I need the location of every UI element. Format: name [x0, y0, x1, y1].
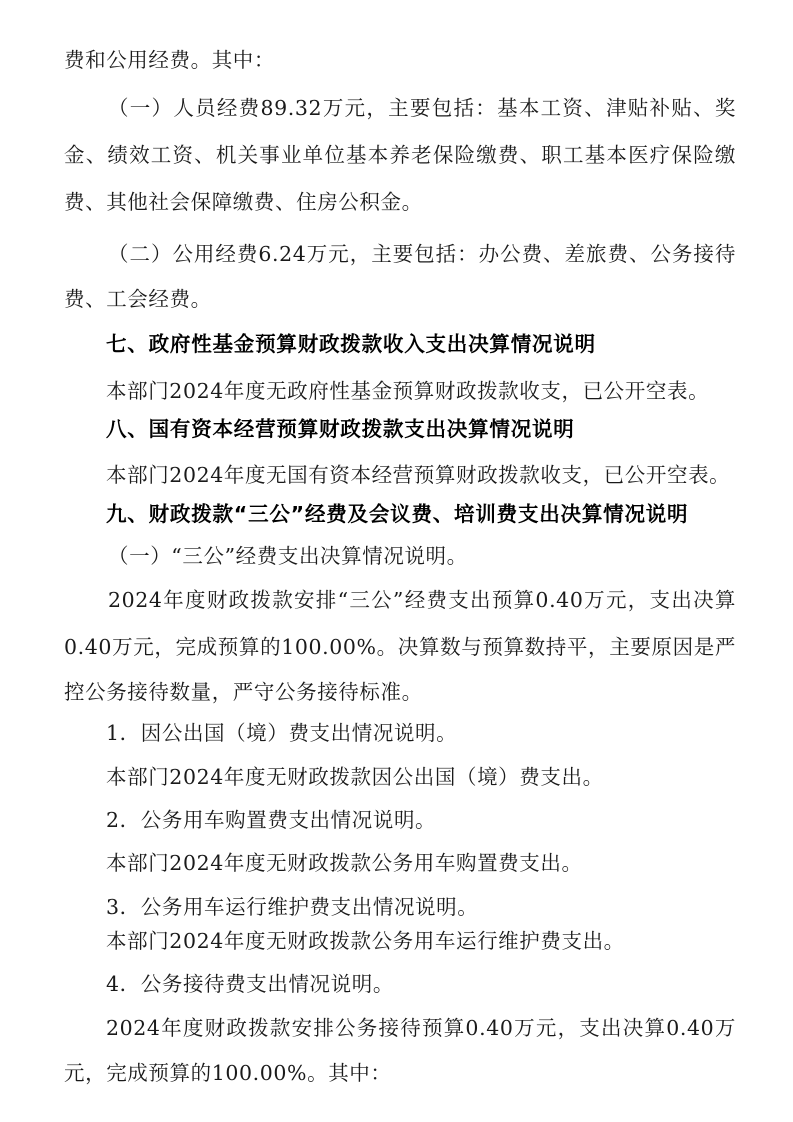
section-heading-7: 七、政府性基金预算财政拨款收入支出决算情况说明 — [106, 330, 778, 358]
item-4-heading: 4．公务接待费支出情况说明。 — [106, 970, 778, 998]
subsection-heading-three-public: （一）“三公”经费支出决算情况说明。 — [108, 542, 780, 570]
item-4-body-line-1: 2024年度财政拨款安排公务接待预算0.40万元，支出决算0.40万 — [106, 1014, 736, 1042]
item-4-body-line-2: 元，完成预算的100.00%。其中： — [64, 1059, 736, 1087]
item-3-body: 本部门2024年度无财政拨款公务用车运行维护费支出。 — [106, 927, 778, 955]
item-2-body: 本部门2024年度无财政拨款公务用车购置费支出。 — [106, 849, 778, 877]
document-page: 费和公用经费。其中： （一）人员经费89.32万元，主要包括：基本工资、津贴补贴… — [0, 0, 793, 1122]
section-7-body: 本部门2024年度无政府性基金预算财政拨款收支，已公开空表。 — [106, 377, 778, 405]
personnel-expense-paragraph-line-2: 金、绩效工资、机关事业单位基本养老保险缴费、职工基本医疗保险缴 — [64, 141, 736, 169]
three-public-paragraph-line-1: 2024年度财政拨款安排“三公”经费支出预算0.40万元，支出决算 — [108, 586, 736, 614]
item-2-heading: 2．公务用车购置费支出情况说明。 — [106, 806, 778, 834]
public-expense-paragraph-line-2: 费、工会经费。 — [64, 285, 736, 313]
item-3-heading: 3．公务用车运行维护费支出情况说明。 — [106, 893, 778, 921]
paragraph-continuation: 费和公用经费。其中： — [64, 46, 736, 74]
public-expense-paragraph-line-1: （二）公用经费6.24万元，主要包括：办公费、差旅费、公务接待 — [108, 240, 736, 268]
section-heading-9: 九、财政拨款“三公”经费及会议费、培训费支出决算情况说明 — [106, 500, 778, 528]
personnel-expense-paragraph-line-1: （一）人员经费89.32万元，主要包括：基本工资、津贴补贴、奖 — [108, 94, 736, 122]
section-8-body: 本部门2024年度无国有资本经营预算财政拨款收支，已公开空表。 — [106, 461, 778, 489]
item-1-heading: 1．因公出国（境）费支出情况说明。 — [106, 719, 778, 747]
item-1-body: 本部门2024年度无财政拨款因公出国（境）费支出。 — [106, 763, 778, 791]
personnel-expense-paragraph-line-3: 费、其他社会保障缴费、住房公积金。 — [64, 188, 736, 216]
three-public-paragraph-line-3: 控公务接待数量，严守公务接待标准。 — [64, 678, 736, 706]
three-public-paragraph-line-2: 0.40万元，完成预算的100.00%。决算数与预算数持平，主要原因是严 — [64, 633, 736, 661]
section-heading-8: 八、国有资本经营预算财政拨款支出决算情况说明 — [106, 415, 778, 443]
